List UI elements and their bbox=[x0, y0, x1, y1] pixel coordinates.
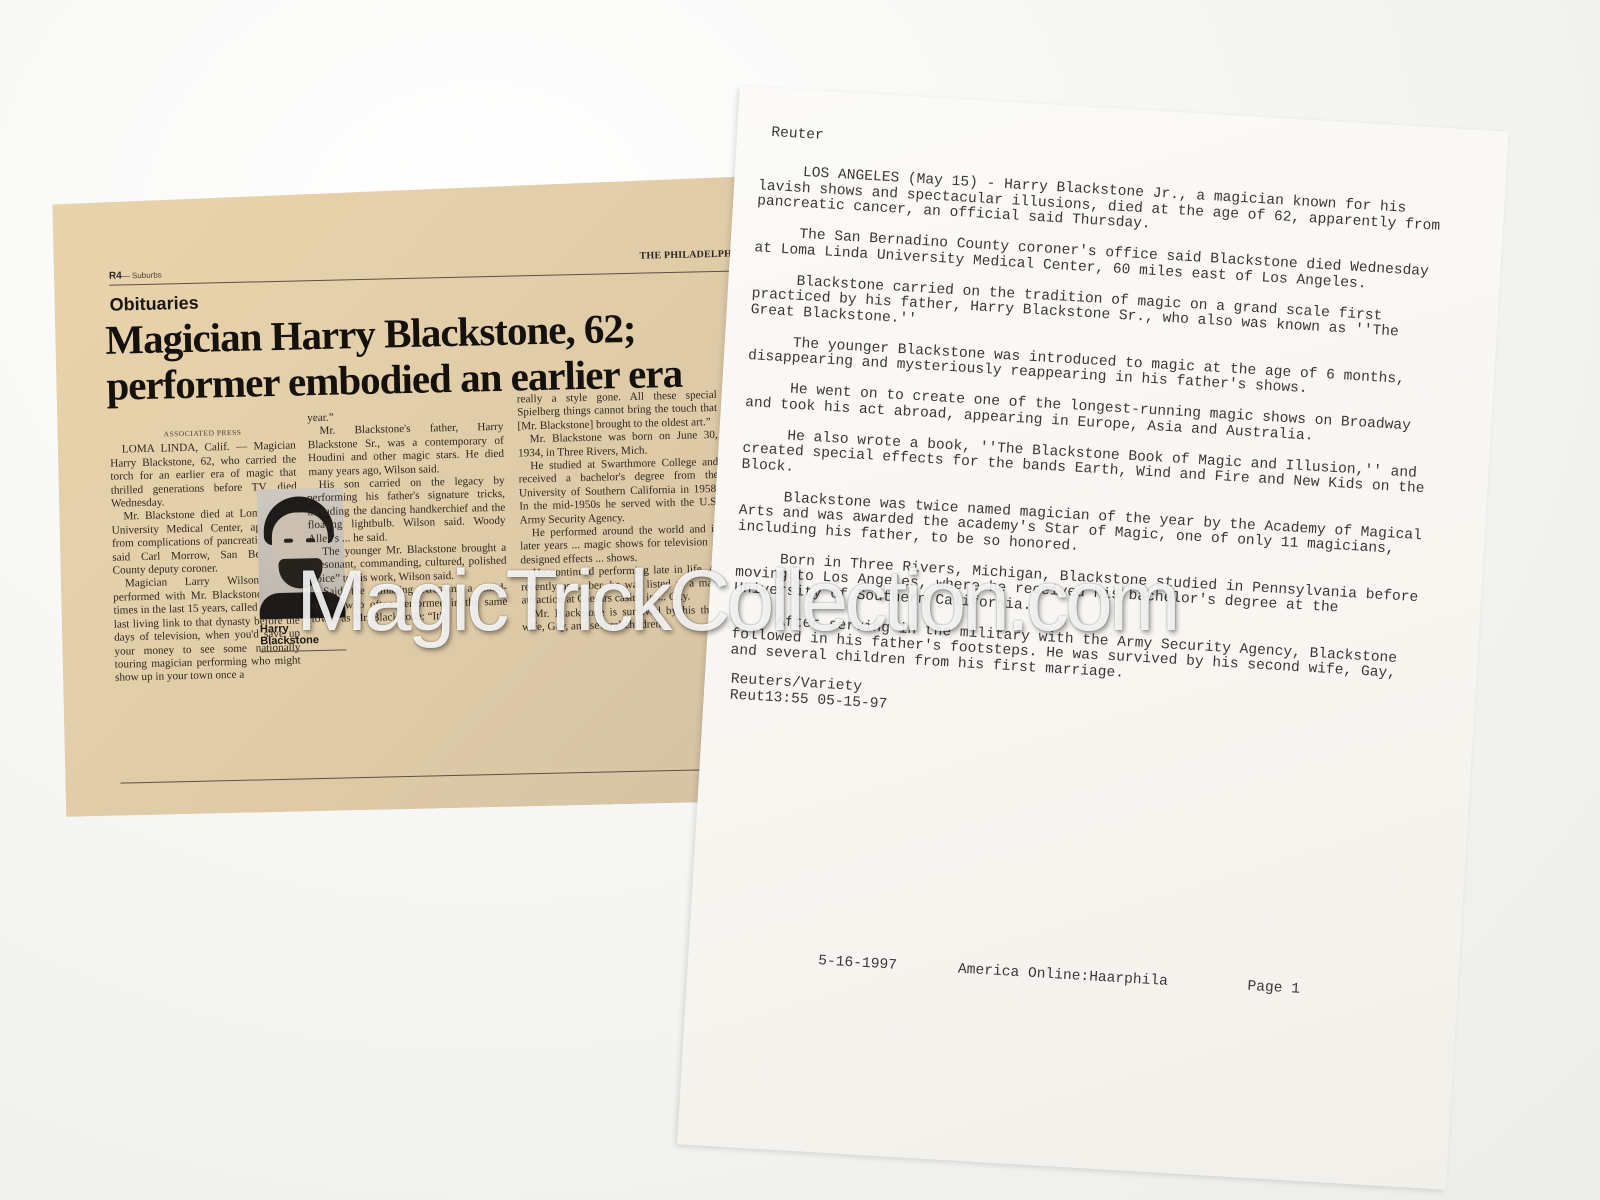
article-column-3: really a style gone. All these special S… bbox=[517, 389, 722, 635]
article-column-2: year.” Mr. Blackstone's father, Harry Bl… bbox=[307, 408, 508, 627]
footer-service: America Online:Haarphila bbox=[957, 962, 1168, 990]
newspaper-name: THE PHILADELPHIA bbox=[639, 248, 743, 261]
byline: ASSOCIATED PRESS bbox=[109, 425, 295, 443]
clipping-rule bbox=[120, 768, 755, 783]
caption-line-2: Blackstone bbox=[260, 633, 346, 647]
paragraph: really a style gone. All these special S… bbox=[517, 389, 718, 434]
clipping-header: R4— Suburbs THE PHILADELPHIA bbox=[109, 256, 744, 285]
paragraph: He performed around the world and in lat… bbox=[520, 523, 721, 568]
paragraph: Mr. Blackstone is survived by his third … bbox=[522, 603, 723, 634]
footer-date: 5-16-1997 bbox=[818, 954, 898, 974]
wire-source: Reuter bbox=[771, 126, 824, 145]
section-label: Suburbs bbox=[132, 271, 162, 281]
paragraph: His son carried on the legacy by perform… bbox=[307, 475, 506, 547]
paragraph: The younger Mr. Blackstone brought a “re… bbox=[310, 542, 507, 587]
reuters-printout: Reuter LOS ANGELES (May 15) - Harry Blac… bbox=[677, 86, 1509, 1190]
footer-page-number: Page 1 bbox=[1247, 980, 1300, 999]
paragraph: He continued performing late in life. As… bbox=[521, 563, 722, 608]
section-title: Obituaries bbox=[109, 293, 198, 316]
newspaper-clipping: R4— Suburbs THE PHILADELPHIA Obituaries … bbox=[52, 176, 766, 817]
wire-body: LOS ANGELES (May 15) - Harry Blackstone … bbox=[729, 163, 1458, 715]
paragraph: Said the Amazing Kreskin, a mind-reader … bbox=[311, 582, 508, 627]
paragraph: Mr. Blackstone's father, Harry Blackston… bbox=[307, 421, 504, 479]
page-number: R4 bbox=[109, 270, 122, 281]
paragraph: He studied at Swarthmore College and rec… bbox=[518, 456, 719, 528]
